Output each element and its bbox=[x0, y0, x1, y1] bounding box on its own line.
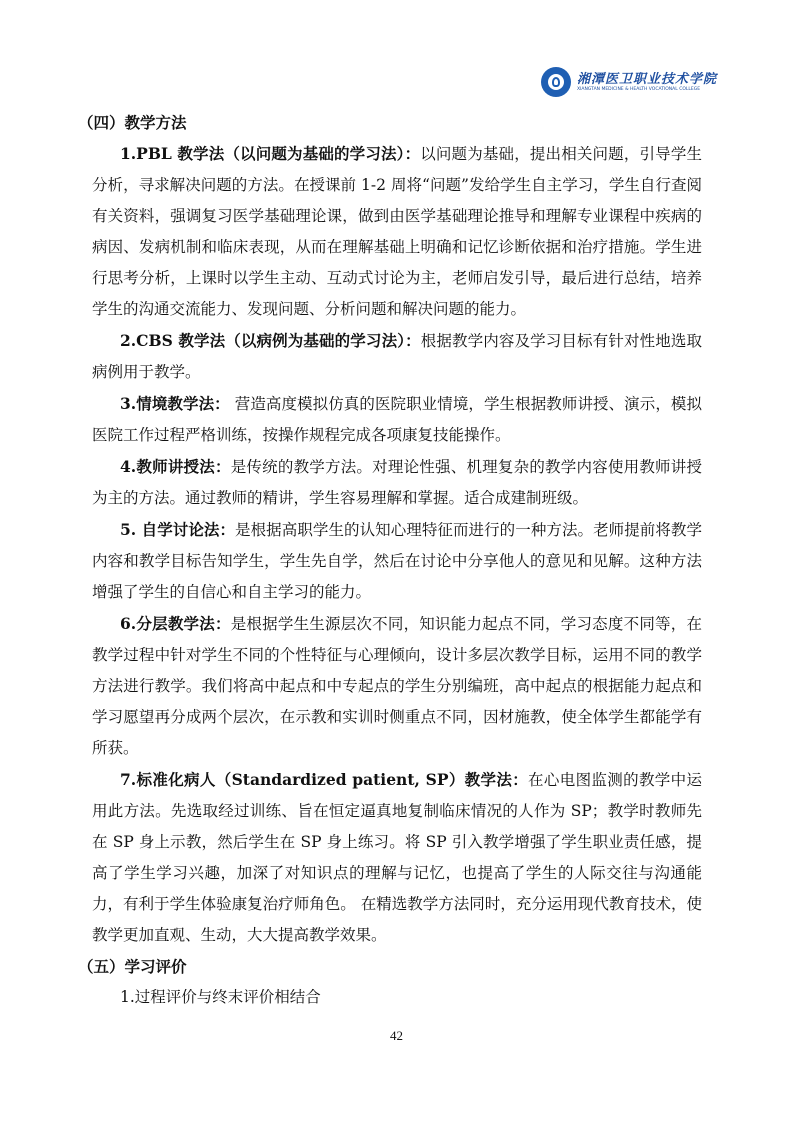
method-paragraph-standardized-patient: 7.标准化病人（Standardized patient, SP）教学法：在心电… bbox=[92, 764, 702, 951]
method-title: 3.情境教学法： bbox=[120, 394, 230, 413]
college-emblem-icon bbox=[541, 67, 571, 97]
method-paragraph-cbs: 2.CBS 教学法（以病例为基础的学习法）：根据教学内容及学习目标有针对性地选取… bbox=[92, 325, 702, 388]
section-heading-teaching-methods: （四）教学方法 bbox=[78, 107, 702, 138]
method-title: 5. 自学讨论法： bbox=[120, 520, 235, 539]
method-title: 4.教师讲授法： bbox=[120, 457, 231, 476]
method-title: 6.分层教学法： bbox=[120, 614, 231, 633]
method-paragraph-tiered: 6.分层教学法：是根据学生生源层次不同，知识能力起点不同，学习态度不同等，在教学… bbox=[92, 608, 702, 764]
method-description: 是根据学生生源层次不同，知识能力起点不同，学习态度不同等，在教学过程中针对学生不… bbox=[92, 615, 702, 757]
document-body: （四）教学方法 1.PBL 教学法（以问题为基础的学习法）：以问题为基础，提出相… bbox=[92, 107, 702, 1013]
college-logo: 湘潭医卫职业技术学院 XIANGTAN MEDICINE & HEALTH VO… bbox=[541, 62, 741, 102]
logo-chinese-name: 湘潭医卫职业技术学院 bbox=[577, 72, 717, 87]
method-title: 2.CBS 教学法（以病例为基础的学习法）： bbox=[120, 331, 421, 350]
method-paragraph-situational: 3.情境教学法： 营造高度模拟仿真的医院职业情境，学生根据教师讲授、演示，模拟医… bbox=[92, 388, 702, 451]
subsection-heading: 1.过程评价与终末评价相结合 bbox=[92, 982, 702, 1013]
method-title: 7.标准化病人（Standardized patient, SP）教学法： bbox=[120, 770, 528, 789]
method-paragraph-self-study: 5. 自学讨论法：是根据高职学生的认知心理特征而进行的一种方法。老师提前将教学内… bbox=[92, 514, 702, 608]
method-paragraph-lecture: 4.教师讲授法：是传统的教学方法。对理论性强、机理复杂的教学内容使用教师讲授为主… bbox=[92, 451, 702, 514]
method-description: 以问题为基础，提出相关问题，引导学生分析，寻求解决问题的方法。在授课前 1-2 … bbox=[92, 145, 702, 318]
logo-english-name: XIANGTAN MEDICINE & HEALTH VOCATIONAL CO… bbox=[577, 87, 717, 93]
section-heading-learning-evaluation: （五）学习评价 bbox=[78, 951, 702, 982]
method-paragraph-pbl: 1.PBL 教学法（以问题为基础的学习法）：以问题为基础，提出相关问题，引导学生… bbox=[92, 138, 702, 325]
method-title: 1.PBL 教学法（以问题为基础的学习法）： bbox=[120, 144, 420, 163]
method-description: 在心电图监测的教学中运用此方法。先选取经过训练、旨在恒定逼真地复制临床情况的人作… bbox=[92, 771, 702, 944]
logo-text: 湘潭医卫职业技术学院 XIANGTAN MEDICINE & HEALTH VO… bbox=[577, 72, 717, 93]
page-number: 42 bbox=[0, 1028, 793, 1044]
